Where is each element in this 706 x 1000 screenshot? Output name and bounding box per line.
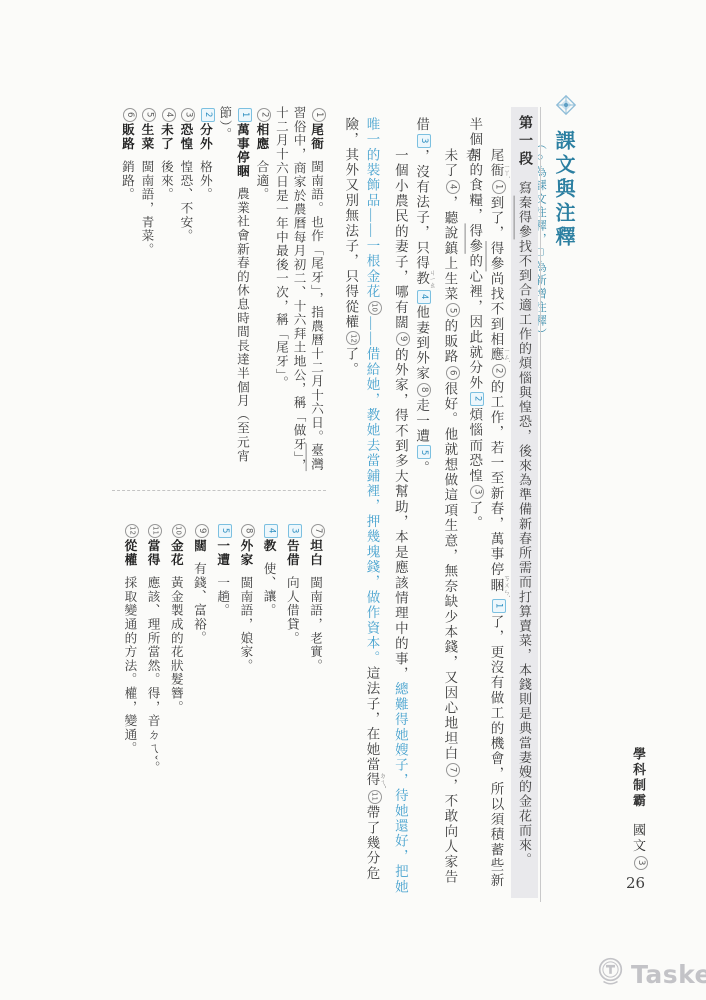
annotation-mark: 4	[162, 108, 176, 122]
annotation-term: 未了	[159, 123, 173, 151]
textbook-page: { "colors":{ "accent_teal":"#2b7fa1", "h…	[0, 0, 706, 1000]
annotation-definition: 有錢、富裕。	[192, 562, 206, 645]
annotation-term: 一遭	[215, 539, 229, 567]
annotation-term: 當得	[146, 539, 160, 567]
annotation-definition: 應該、理所當然。得，音ㄉㄟˇ。	[146, 576, 160, 775]
annotation-entry: 4教使、讓。	[256, 522, 279, 908]
annotation-term: 從權	[122, 539, 136, 567]
annotation-mark: 3	[181, 108, 195, 122]
text-segment: 得參	[489, 241, 504, 271]
divider-line	[540, 107, 541, 902]
new-note-number: 1	[492, 599, 506, 613]
text-segment: 閩南語。也作「尾牙」，指農曆十二月十六日。	[309, 160, 323, 444]
annotation-term: 恐惶	[178, 123, 192, 151]
text-segment: 找不到合適工作的煩惱與惶恐，後來為準備新春所需而打算賣菜，本錢則是典當妻嫂的金花…	[517, 239, 532, 867]
text-segment: 險，其外又別無法子，只得從權	[343, 117, 358, 330]
annotation-mark: 1	[238, 108, 252, 122]
text-segment: 唯一的裝飾品——一根金花	[365, 117, 380, 299]
annotation-definition: 採取變通的方法。權，變通。	[122, 576, 136, 755]
text-note-number: 6	[446, 366, 460, 380]
annotation-mark: 7	[311, 524, 325, 538]
annotation-entry: 7坦白閩南語，老實。	[303, 522, 326, 908]
text-segment: 寫	[517, 181, 532, 196]
annotation-entry: 3告借向人借貸。	[280, 522, 303, 908]
annotation-entry: 5生菜閩南語，青菜。	[137, 106, 156, 480]
text-segment: 的心裡，因此就分外	[467, 254, 482, 391]
text-note-number: 8	[417, 383, 431, 397]
annotation-definition: 閩南語。也作「尾牙」，指農曆十二月十六日。臺灣習俗中，商家於農曆每月初二、十六拜…	[274, 106, 323, 472]
text-segment: 一趟。	[215, 576, 229, 617]
annotation-definition: 合適。	[254, 160, 268, 201]
text-segment: 採取變通的方法。權，變通。	[122, 576, 136, 755]
page-header: 課文與注釋（○為課文注釋，□為新增注釋）	[542, 130, 578, 460]
annotation-definition: 格外。	[198, 160, 212, 201]
text-note-number: 5	[446, 303, 460, 317]
annotation-mark: 4	[264, 524, 278, 538]
annotation-mark: 1	[312, 108, 326, 122]
new-note-number: 5	[417, 445, 431, 459]
annotation-definition: 閩南語，青菜。	[139, 160, 153, 257]
text-segment: 得參	[467, 223, 482, 253]
annotation-definition: 黃金製成的花狀髮簪。	[169, 576, 183, 714]
text-segment: 這法子，在她當	[365, 666, 380, 772]
annotation-term: 分外	[198, 123, 212, 151]
text-note-number: 4	[446, 180, 460, 194]
annotations-divider	[112, 490, 326, 491]
text-segment: 習俗中，商家於農曆每月初二、十六拜土地公，稱「做牙」，十二月十六日是一年中最後一…	[274, 106, 306, 472]
annotation-mark: 9	[195, 524, 209, 538]
annotation-term: 金花	[169, 539, 183, 567]
text-segment: 睏ㄎㄨㄣˋ	[489, 577, 504, 597]
annotation-term: 生菜	[139, 123, 153, 151]
annotation-definition: 使、讓。	[262, 562, 276, 617]
annotation-term: 外家	[238, 539, 252, 567]
text-segment: ——借給她，教她去當鋪裡，押幾塊錢，做作資本。	[365, 316, 380, 666]
text-segment: 一個小農民的妻子，哪有闊	[393, 148, 408, 330]
text-segment: 走一遭	[414, 398, 429, 444]
text-segment: ，聽說鎮上生菜	[442, 195, 457, 301]
annotation-entry: 10金花黃金製成的花狀髮簪。	[164, 522, 187, 908]
annotation-mark: 5	[218, 524, 232, 538]
text-note-number: 1	[492, 180, 506, 194]
body-text-column: 唯一的裝飾品——一根金花10——借給她，教她去當鋪裡，押幾塊錢，做作資本。這法子…	[362, 117, 387, 901]
body-text-column: 未了4，聽說鎮上生菜5的販路6很好。他就想做這項生意，無奈缺少本錢，又因心地坦白…	[437, 117, 462, 901]
annotation-term: 坦白	[308, 539, 322, 567]
text-segment: 教ㄐㄧㄠ	[414, 271, 429, 288]
annotation-entry: 2分外格外。	[195, 106, 214, 480]
text-segment: 他妻到外家	[414, 305, 429, 381]
text-segment: 應ㄧㄥˋ	[489, 347, 504, 362]
text-segment: 總難得她嫂子，待她還好，把她	[393, 682, 408, 895]
text-segment: 借	[414, 117, 429, 132]
body-text-column: 借3，沒有法子，只得教ㄐㄧㄠ4他妻到外家8走一遭5。	[412, 117, 437, 901]
brand-logo: Tasker	[595, 955, 706, 993]
text-segment: 了。	[467, 501, 482, 531]
text-segment: 閩南語，娘家。	[238, 576, 252, 673]
text-segment: 格外。	[198, 160, 212, 201]
text-segment: 。	[414, 461, 429, 476]
annotation-entry: 2相應合適。	[252, 106, 271, 480]
new-note-number: 3	[417, 134, 431, 148]
annotation-mark: 11	[148, 524, 162, 538]
annotation-term: 萬事停睏	[235, 123, 249, 178]
annotation-band-2: 7坦白閩南語，老實。3告借向人借貸。4教使、讓。8外家閩南語，娘家。5一遭一趟。…	[124, 522, 326, 908]
annotation-term: 教	[262, 539, 276, 553]
annotation-mark: 12	[125, 524, 139, 538]
page-title: 課文與注釋	[552, 130, 574, 250]
annotation-entry: 11當得應該、理所當然。得，音ㄉㄟˇ。	[140, 522, 163, 908]
annotation-term: 尾衙	[309, 123, 323, 151]
annotation-entry: 3恐惶惶恐、不安。	[176, 106, 195, 480]
annotation-term: 相應	[254, 123, 268, 151]
text-segment: 衙ㄧㄚˊ	[489, 163, 504, 178]
text-segment: 臺灣	[309, 443, 323, 471]
diamond-flower-ornament-icon	[551, 90, 581, 125]
section-band: 第一段寫秦得參找不到合適工作的煩惱與惶恐，後來為準備新春所需而打算賣菜，本錢則是…	[511, 107, 538, 898]
subject-volume-number: 3	[634, 856, 648, 870]
annotation-entry: 9闊有錢、富裕。	[187, 522, 210, 908]
text-segment: 帶了幾分危	[365, 805, 380, 881]
text-segment: 秦得參	[517, 196, 532, 240]
annotation-entry: 8外家閩南語，娘家。	[233, 522, 256, 908]
new-note-number: 4	[417, 290, 431, 304]
text-segment: 得ㄉㄟˇ	[365, 772, 380, 788]
annotation-mark: 8	[241, 524, 255, 538]
annotation-mark: 10	[172, 524, 186, 538]
annotation-entry: 6販路銷路。	[117, 106, 136, 480]
text-segment: 黃金製成的花狀髮簪。	[169, 576, 183, 714]
text-note-number: 2	[492, 364, 506, 378]
lesson-text: 尾衙ㄧㄚˊ1到了，得參尚找不到相應ㄧㄥˋ2的工作，若一至新春，萬事停睏ㄎㄨㄣˋ1…	[337, 117, 511, 901]
text-segment: 的外家，得不到多大幫助，本是應該情理中的事，	[393, 347, 408, 681]
annotation-definition: 銷路。	[120, 160, 134, 201]
text-segment: 到了，	[489, 195, 504, 241]
text-note-number: 10	[368, 301, 382, 315]
text-segment: ，沒有法子，只得	[414, 149, 429, 271]
annotation-definition: 向人借貸。	[285, 576, 299, 645]
annotation-entry: 4未了後來。	[156, 106, 175, 480]
annotation-definition: 閩南語，娘家。	[238, 576, 252, 673]
text-segment: 未了	[442, 148, 457, 178]
text-segment: 尚找不到相	[489, 271, 504, 347]
text-segment: 很好。他就想做這項生意，無奈缺少本錢，又因心地坦白	[442, 381, 457, 761]
annotation-mark: 2	[201, 108, 215, 122]
text-segment: 後來。	[159, 160, 173, 201]
annotation-definition: 惶恐、不安。	[178, 160, 192, 243]
text-segment: 的販路	[442, 319, 457, 365]
page-number: 26	[626, 874, 645, 892]
text-note-number: 7	[446, 763, 460, 777]
annotation-mark: 3	[288, 524, 302, 538]
text-segment: 惶恐、不安。	[178, 160, 192, 243]
text-segment: 了。	[343, 347, 358, 377]
annotation-entry: 12從權採取變通的方法。權，變通。	[117, 522, 140, 908]
text-segment: 閩南語，青菜。	[139, 160, 153, 257]
body-text-column: 尾衙ㄧㄚˊ1到了，得參尚找不到相應ㄧㄥˋ2的工作，若一至新春，萬事停睏ㄎㄨㄣˋ1…	[486, 117, 511, 901]
text-segment: 銷路。	[120, 160, 134, 201]
brand-name: Tasker	[631, 960, 706, 989]
text-segment: 半個月的食糧，	[467, 117, 482, 223]
annotation-mark: 6	[123, 108, 137, 122]
annotation-entry: 1萬事停睏農業社會新春的休息時間長達半個月（至元宵節）。	[215, 106, 252, 480]
section-label: 第一段	[517, 115, 532, 169]
text-segment: 煩惱而恐惶	[467, 408, 482, 484]
text-segment: 應該、理所當然。得，音ㄉㄟˇ。	[146, 576, 160, 775]
annotation-term: 告借	[285, 539, 299, 567]
tasker-emblem-icon	[595, 955, 626, 993]
annotation-definition: 閩南語，老實。	[308, 576, 322, 673]
annotation-definition: 一趟。	[215, 576, 229, 617]
text-segment: 使、讓。	[262, 562, 276, 617]
annotation-mark: 5	[142, 108, 156, 122]
annotation-entry: 1尾衙閩南語。也作「尾牙」，指農曆十二月十六日。臺灣習俗中，商家於農曆每月初二、…	[271, 106, 326, 480]
book-spine-title: 學科制霸	[631, 747, 646, 809]
book-spine-subject: 國文3	[631, 823, 646, 871]
book-spine: 學科制霸國文3	[629, 747, 648, 887]
annotation-definition: 後來。	[159, 160, 173, 201]
text-segment: 向人借貸。	[285, 576, 299, 645]
text-segment: 閩南語，老實。	[308, 576, 322, 673]
text-segment: 有錢、富裕。	[192, 562, 206, 645]
annotation-term: 販路	[120, 123, 134, 151]
annotation-band-1: 1尾衙閩南語。也作「尾牙」，指農曆十二月十六日。臺灣習俗中，商家於農曆每月初二、…	[124, 106, 326, 480]
annotation-mark: 2	[257, 108, 271, 122]
text-segment: 合適。	[254, 160, 268, 201]
text-note-number: 11	[368, 790, 382, 804]
text-segment: 尾	[489, 148, 504, 163]
annotation-term: 闊	[192, 539, 206, 553]
text-segment: ，不敢向人家告	[442, 778, 457, 884]
annotation-entry: 5一遭一趟。	[210, 522, 233, 908]
text-segment: 的工作，若一至新春，萬事停	[489, 380, 504, 578]
section-summary: 寫秦得參找不到合適工作的煩惱與惶恐，後來為準備新春所需而打算賣菜，本錢則是典當妻…	[517, 181, 532, 867]
